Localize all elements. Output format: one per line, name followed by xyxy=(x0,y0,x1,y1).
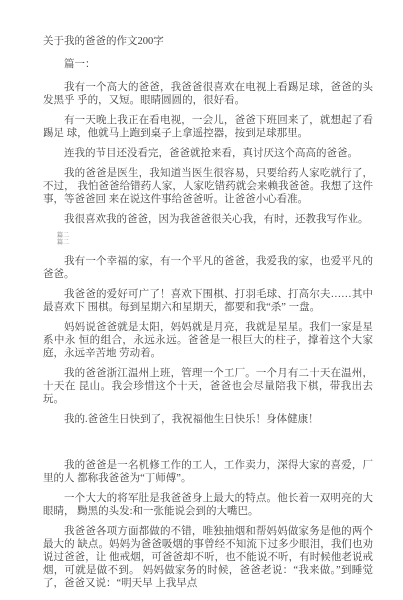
paragraph: 我爸爸的爱好可广了！喜欢下围棋、打羽毛球、打高尔夫……其中最喜欢下 围棋。每到星… xyxy=(43,288,373,314)
paragraph: 我有一个幸福的家，有一个平凡的爸爸，我爱我的家，也爱平凡的爸爸。 xyxy=(43,255,373,281)
paragraph: 我很喜欢我的爸爸，因为我爸爸很关心我，有时，还教我写作业。 xyxy=(43,213,373,226)
paragraph: 我爸爸各项方面都做的不错，唯独抽烟和帮妈妈做家务是他的两个最大的 缺点。妈妈为爸… xyxy=(43,525,373,590)
paragraph: 我的爸爸是一名机修工作的工人，工作卖力，深得大家的喜爱，厂里的人 都称我爸爸为“… xyxy=(43,459,373,485)
paragraph: 有一天晚上我正在看电视，一会儿，爸爸下班回来了，就想起了看踢足 球，他就马上跑到… xyxy=(43,114,373,140)
tiny-section-marker-line: 篇二 xyxy=(57,240,373,247)
tiny-section-marker-line: 篇二 xyxy=(57,233,373,240)
paragraph: 连我的节目还没看完，爸爸就抢来看，真讨厌这个高高的爸爸。 xyxy=(43,147,373,160)
paragraph: 我有一个高大的爸爸，我爸爸很喜欢在电视上看踢足球，爸爸的头发黑乎 乎的，又短。眼… xyxy=(43,81,373,107)
section-spacer xyxy=(43,433,373,459)
paragraph: 我的.爸爸生日快到了，我祝福他生日快乐！身体健康！ xyxy=(43,413,373,426)
paragraph: 妈妈说爸爸就是太阳，妈妈就是月亮，我就是星星。我们一家是星系中永 恒的组合，永远… xyxy=(43,321,373,360)
paragraph: 一个大大的将军肚是我爸爸身上最大的特点。他长着一双明亮的大眼睛， 黝黑的头发:和… xyxy=(43,492,373,518)
document-page: 关于我的爸爸的作文200字 篇一：我有一个高大的爸爸，我爸爸很喜欢在电视上看踢足… xyxy=(0,0,403,600)
document-body: 篇一：我有一个高大的爸爸，我爸爸很喜欢在电视上看踢足球，爸爸的头发黑乎 乎的，又… xyxy=(43,58,373,590)
paragraph: 我的爸爸是医生，我知道当医生很容易，只要给药人家吃就行了，不过， 我怕爸爸给错药… xyxy=(43,167,373,206)
document-title: 关于我的爸爸的作文200字 xyxy=(43,35,373,48)
tiny-section-marker: 篇二篇二 xyxy=(43,233,373,247)
paragraph: 我的爸爸浙江温州上班，管理一个工厂。一个月有二十天在温州，十天在 昆山。我会珍惜… xyxy=(43,367,373,406)
section-heading: 篇一： xyxy=(43,58,373,71)
